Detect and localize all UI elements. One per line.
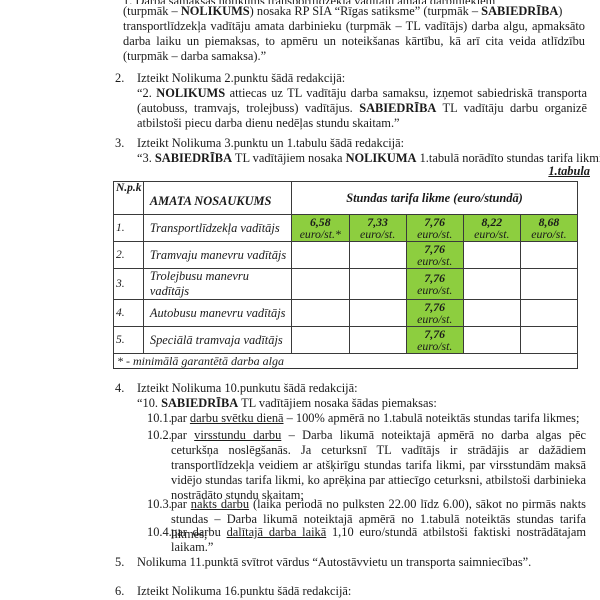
rate-cell: 7,76euro/st. xyxy=(406,242,463,269)
section-number: 2. xyxy=(115,71,124,86)
tariff-table: N.p.k AMATA NOSAUKUMS Stundas tarifa lik… xyxy=(113,181,578,369)
row-number: 3. xyxy=(114,269,144,300)
position-name: Autobusu manevru vadītājs xyxy=(143,300,291,327)
section-heading: Izteikt Nolikuma 16.punktu šādā redakcij… xyxy=(137,584,587,599)
rate-cell xyxy=(349,300,406,327)
rate-unit: euro/st. xyxy=(407,228,463,240)
rate-cell: 7,76euro/st. xyxy=(406,215,463,242)
header-npk: N.p.k xyxy=(114,182,144,215)
rate-cell: 7,76euro/st. xyxy=(406,327,463,354)
rate-cell xyxy=(291,242,349,269)
table-row: 5.Speciālā tramvaja vadītājs7,76euro/st. xyxy=(114,327,578,354)
rate-unit: euro/st. xyxy=(464,228,520,240)
rate-cell: 7,76euro/st. xyxy=(406,269,463,300)
section-text: “2. NOLIKUMS attiecas uz TL vadītāju dar… xyxy=(137,86,587,131)
section-number: 4. xyxy=(115,381,124,396)
rate-unit: euro/st. xyxy=(350,228,406,240)
rate-unit: euro/st. xyxy=(407,284,463,296)
row-number: 2. xyxy=(114,242,144,269)
rate-cell xyxy=(520,242,577,269)
section-text: “3. SABIEDRĪBA TL vadītājiem nosaka NOLI… xyxy=(137,151,587,166)
rate-cell xyxy=(520,269,577,300)
rate-unit: euro/st. xyxy=(521,228,577,240)
section-heading: Izteikt Nolikuma 3.punktu un 1.tabulu šā… xyxy=(137,136,587,151)
rate-cell xyxy=(463,242,520,269)
rate-cell xyxy=(291,327,349,354)
rate-cell xyxy=(291,269,349,300)
row-number: 1. xyxy=(114,215,144,242)
subitem-10-1: 10.1. par darbu svētku dienā – 100% apmē… xyxy=(171,411,586,426)
header-hourly-rate: Stundas tarifa likme (euro/stundā) xyxy=(291,182,577,215)
subitem-10-2: 10.2. par virsstundu darbu – Darba likum… xyxy=(171,428,586,503)
rate-cell: 8,68euro/st. xyxy=(520,215,577,242)
rate-cell xyxy=(349,269,406,300)
table-row: 4.Autobusu manevru vadītājs7,76euro/st. xyxy=(114,300,578,327)
row-number: 5. xyxy=(114,327,144,354)
table-caption: 1.tabula xyxy=(548,164,590,179)
position-name: Speciālā tramvaja vadītājs xyxy=(143,327,291,354)
rate-cell xyxy=(291,300,349,327)
intro-paragraph: 1. Darba samaksas nolikums transportlīdz… xyxy=(123,0,585,64)
section-body: Izteikt Nolikuma 10.punkutu šādā redakci… xyxy=(137,381,587,411)
section-number: 5. xyxy=(115,555,124,570)
rate-cell xyxy=(349,327,406,354)
rate-cell: 7,76euro/st. xyxy=(406,300,463,327)
row-number: 4. xyxy=(114,300,144,327)
rate-cell xyxy=(463,327,520,354)
table-header-row: N.p.k AMATA NOSAUKUMS Stundas tarifa lik… xyxy=(114,182,578,215)
rate-cell: 6,58euro/st.* xyxy=(291,215,349,242)
rate-unit: euro/st. xyxy=(407,313,463,325)
position-name: Transportlīdzekļa vadītājs xyxy=(143,215,291,242)
table-footnote-row: * - minimālā garantētā darba alga xyxy=(114,354,578,369)
table-row: 1.Transportlīdzekļa vadītājs6,58euro/st.… xyxy=(114,215,578,242)
position-name: Trolejbusu manevru vadītājs xyxy=(143,269,291,300)
rate-cell xyxy=(463,269,520,300)
rate-cell xyxy=(520,300,577,327)
position-name: Tramvaju manevru vadītājs xyxy=(143,242,291,269)
document-page: 1. Darba samaksas nolikums transportlīdz… xyxy=(0,0,600,600)
section-body: Izteikt Nolikuma 3.punktu un 1.tabulu šā… xyxy=(137,136,587,166)
table-row: 3.Trolejbusu manevru vadītājs7,76euro/st… xyxy=(114,269,578,300)
rate-cell xyxy=(349,242,406,269)
rate-unit: euro/st. xyxy=(407,340,463,352)
table-row: 2.Tramvaju manevru vadītājs7,76euro/st. xyxy=(114,242,578,269)
section-body: Izteikt Nolikuma 2.punktu šādā redakcijā… xyxy=(137,71,587,131)
header-position-name: AMATA NOSAUKUMS xyxy=(143,182,291,215)
section-heading: Nolikuma 11.punktā svītrot vārdus “Autos… xyxy=(137,555,587,570)
section-text: “10. SABIEDRĪBA TL vadītājiem nosaka šād… xyxy=(137,396,587,411)
section-number: 3. xyxy=(115,136,124,151)
subitem-10-4: 10.4. par darbu dalītajā darba laikā 1,1… xyxy=(171,525,586,555)
rate-cell xyxy=(463,300,520,327)
rate-cell xyxy=(520,327,577,354)
section-heading: Izteikt Nolikuma 2.punktu šādā redakcijā… xyxy=(137,71,587,86)
section-heading: Izteikt Nolikuma 10.punkutu šādā redakci… xyxy=(137,381,587,396)
rate-unit: euro/st. xyxy=(407,255,463,267)
section-number: 6. xyxy=(115,584,124,599)
rate-cell: 7,33euro/st. xyxy=(349,215,406,242)
table-footnote: * - minimālā garantētā darba alga xyxy=(114,354,578,369)
rate-cell: 8,22euro/st. xyxy=(463,215,520,242)
rate-unit: euro/st.* xyxy=(292,228,349,240)
